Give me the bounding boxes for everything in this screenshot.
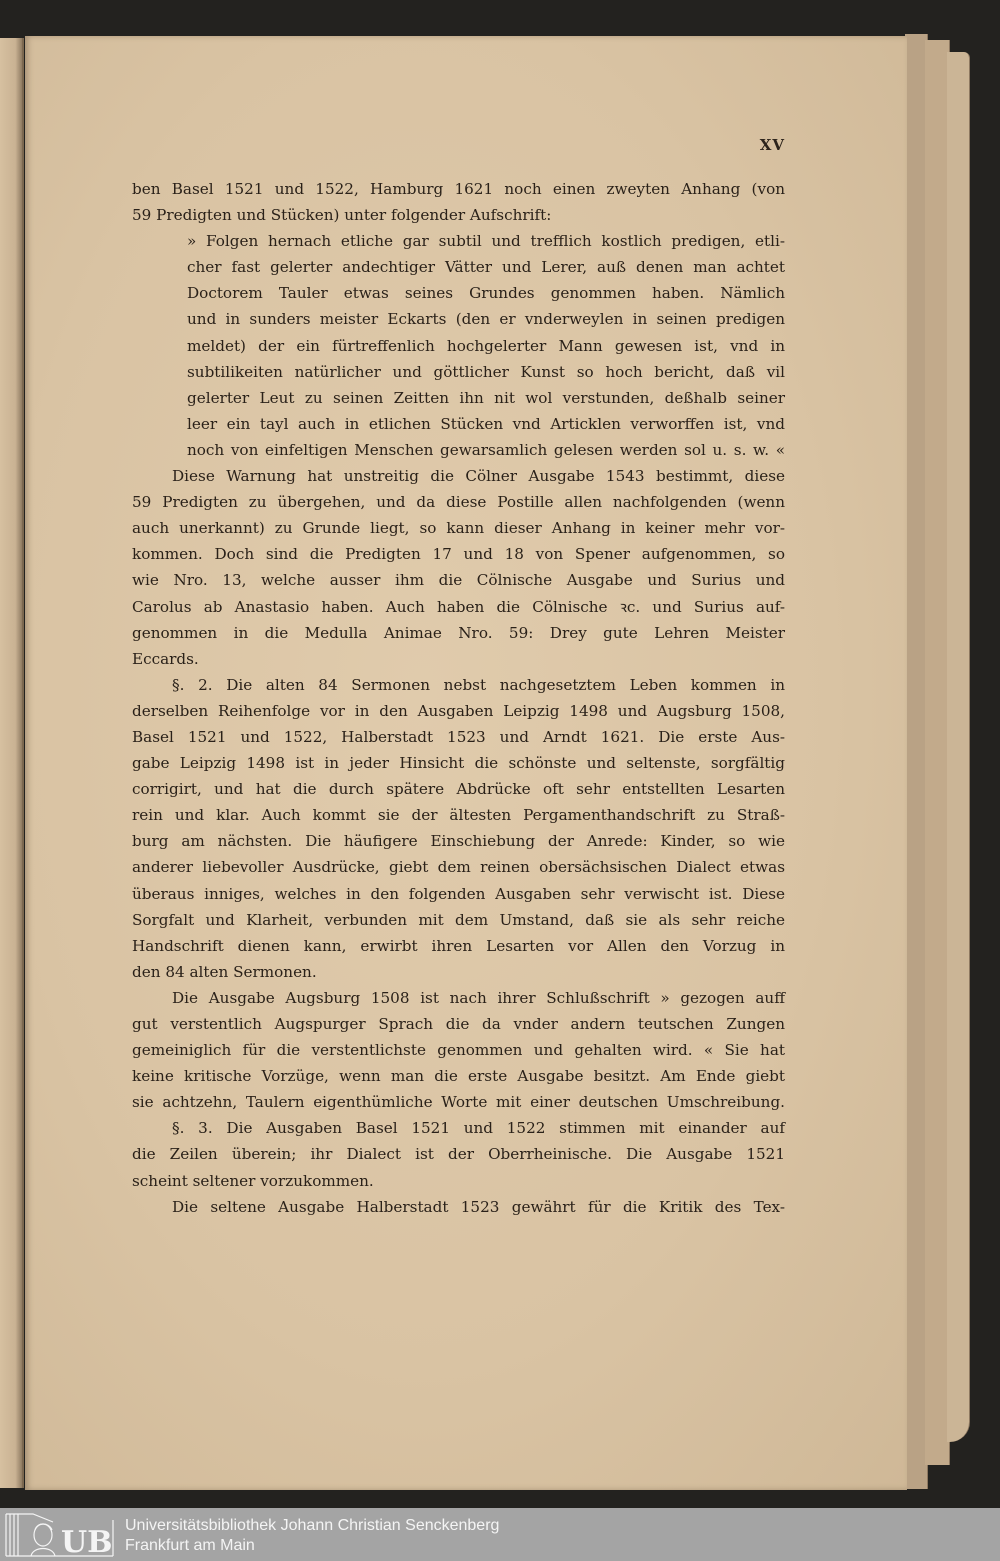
text-line: sie achtzehn, Taulern eigenthümliche Wor… [132,1089,785,1115]
text-line: Handschrift dienen kann, erwirbt ihren L… [132,933,785,959]
text-line: überaus inniges, welches in den folgende… [132,881,785,907]
text-line: §. 2. Die alten 84 Sermonen nebst nachge… [132,672,785,698]
text-line: 59 Predigten und Stücken) unter folgende… [132,202,785,228]
text-line: cher fast gelerter andechtiger Vätter un… [132,254,785,280]
text-line: meldet) der ein fürtreffenlich hochgeler… [132,333,785,359]
text-line: Doctorem Tauler etwas seines Grundes gen… [132,280,785,306]
text-line: §. 3. Die Ausgaben Basel 1521 und 1522 s… [132,1115,785,1141]
svg-text:UB: UB [61,1525,113,1558]
text-line: ben Basel 1521 und 1522, Hamburg 1621 no… [132,176,785,202]
book-page: XV ben Basel 1521 und 1522, Hamburg 1621… [25,36,907,1490]
text-line: leer ein tayl auch in etlichen Stücken v… [132,411,785,437]
text-line: und in sunders meister Eckarts (den er v… [132,306,785,332]
text-line: Die Ausgabe Augsburg 1508 ist nach ihrer… [132,985,785,1011]
text-line: die Zeilen überein; ihr Dialect ist der … [132,1141,785,1167]
text-line: 59 Predigten zu übergehen, und da diese … [132,489,785,515]
text-line: derselben Reihenfolge vor in den Ausgabe… [132,698,785,724]
institution-name: Universitätsbibliothek Johann Christian … [125,1517,499,1535]
text-line: anderer liebevoller Ausdrücke, giebt dem… [132,854,785,880]
library-footer: UB Universitätsbibliothek Johann Christi… [0,1508,1000,1561]
text-line: » Folgen hernach etliche gar subtil und … [132,228,785,254]
text-line: keine kritische Vorzüge, wenn man die er… [132,1063,785,1089]
text-line: corrigirt, und hat die durch spätere Abd… [132,776,785,802]
text-line: Die seltene Ausgabe Halberstadt 1523 gew… [132,1194,785,1220]
text-line: genommen in die Medulla Animae Nro. 59: … [132,620,785,646]
text-line: scheint seltener vorzukommen. [132,1168,785,1194]
facing-page-edge [0,38,24,1488]
text-line: gemeiniglich für die verstentlichste gen… [132,1037,785,1063]
text-line: den 84 alten Sermonen. [132,959,785,985]
text-line: kommen. Doch sind die Predigten 17 und 1… [132,541,785,567]
text-line: gut verstentlich Augspurger Sprach die d… [132,1011,785,1037]
text-line: subtilikeiten natürlicher und göttlicher… [132,359,785,385]
text-line: gelerter Leut zu seinen Zeitten ihn nit … [132,385,785,411]
text-line: burg am nächsten. Die häufigere Einschie… [132,828,785,854]
ub-library-logo-icon: UB [3,1512,116,1558]
text-line: auch unerkannt) zu Grunde liegt, so kann… [132,515,785,541]
text-line: Sorgfalt und Klarheit, verbunden mit dem… [132,907,785,933]
institution-city: Frankfurt am Main [125,1537,255,1555]
text-line: gabe Leipzig 1498 ist in jeder Hinsicht … [132,750,785,776]
text-line: Diese Warnung hat unstreitig die Cölner … [132,463,785,489]
text-line: Basel 1521 und 1522, Halberstadt 1523 un… [132,724,785,750]
body-text: ben Basel 1521 und 1522, Hamburg 1621 no… [132,176,785,1220]
text-line: Eccards. [132,646,785,672]
text-line: Carolus ab Anastasio haben. Auch haben d… [132,594,785,620]
page-number: XV [760,136,785,154]
text-line: noch von einfeltigen Menschen gewarsamli… [132,437,785,463]
page-stack-edge [947,52,970,1442]
text-line: wie Nro. 13, welche ausser ihm die Cölni… [132,567,785,593]
text-line: rein und klar. Auch kommt sie der ältest… [132,802,785,828]
